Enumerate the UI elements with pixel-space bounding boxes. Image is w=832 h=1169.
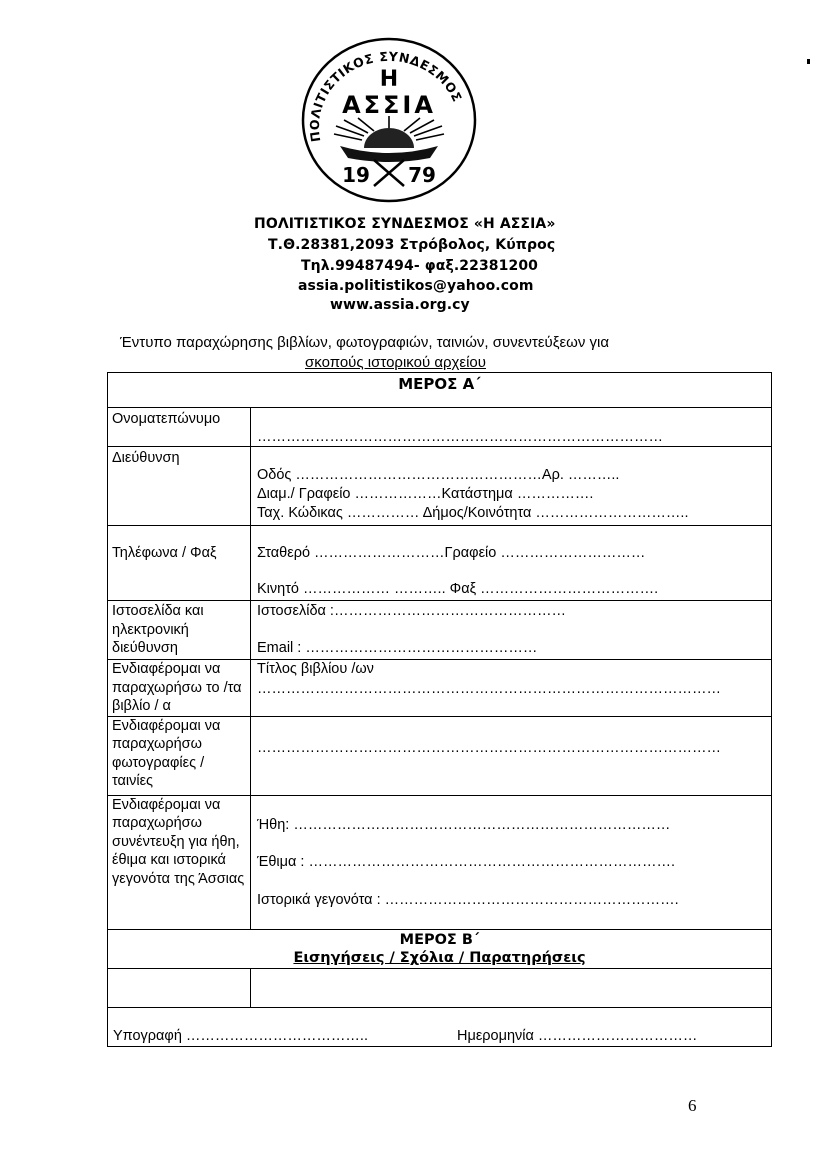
apartment-field[interactable]: Διαμ./ Γραφείο ………………Κατάστημα ……………. (251, 485, 771, 503)
part-a-title: ΜΕΡΟΣ Α΄ (108, 373, 771, 393)
row-phones: Τηλέφωνα / Φαξ Σταθερό ………………………Γραφείο … (108, 526, 772, 601)
logo-year-right: 79 (408, 163, 436, 187)
row-photos: Ενδιαφέρομαι να παραχωρήσω φωτογραφίες /… (108, 716, 772, 795)
postal-code-field[interactable]: Ταχ. Κώδικας …………… Δήμος/Κοινότητα ……………… (251, 504, 771, 522)
photos-field[interactable]: …………………………………………………………………………………… (251, 739, 771, 757)
part-b-subtitle: Εισηγήσεις / Σχόλια / Παρατηρήσεις (108, 949, 771, 967)
label-interview: Ενδιαφέρομαι να παραχωρήσω συνέντευξη γι… (108, 796, 250, 889)
book-title-field[interactable]: …………………………………………………………………………………… (251, 680, 771, 698)
traditions-field[interactable]: Έθιμα : …………………………………………………………………. (251, 853, 771, 871)
label-website-email: Ιστοσελίδα και ηλεκτρονική διεύθυνση (108, 601, 250, 658)
row-comments (108, 968, 772, 1007)
wheat-icon (340, 146, 438, 162)
row-signature: Υπογραφή ……………………………….. Ημερομηνία ……………… (108, 1007, 772, 1046)
label-address: Διεύθυνση (108, 447, 250, 468)
label-phones: Τηλέφωνα / Φαξ (108, 526, 250, 563)
label-full-name: Ονοματεπώνυμο (108, 408, 250, 429)
org-phone: Τηλ.99487494- φαξ.22381200 (301, 258, 538, 274)
date-field[interactable]: Ημερομηνία …………………………… (451, 1027, 771, 1045)
org-name: ΠΟΛΙΤΙΣΤΙΚΟΣ ΣΥΝΔΕΣΜΟΣ «Η ΑΣΣΙΑ» (254, 216, 555, 232)
part-b-header-row: ΜΕΡΟΣ Β΄ Εισηγήσεις / Σχόλια / Παρατηρήσ… (108, 929, 772, 968)
book-title-label: Τίτλος βιβλίου /ων (251, 660, 771, 678)
row-interview: Ενδιαφέρομαι να παραχωρήσω συνέντευξη γι… (108, 795, 772, 929)
sun-icon (364, 128, 414, 148)
org-email[interactable]: assia.politistikos@yahoo.com (298, 278, 534, 294)
page-number: 6 (688, 1096, 697, 1116)
association-logo: ΠΟΛΙΤΙΣΤΙΚΟΣ ΣΥΝΔΕΣΜΟΣ Η ΑΣΣΙΑ 19 79 (300, 36, 478, 204)
landline-field[interactable]: Σταθερό ………………………Γραφείο ………………………… (251, 544, 771, 562)
logo-year-left: 19 (342, 163, 370, 187)
org-address: Τ.Θ.28381,2093 Στρόβολος, Κύπρος (268, 237, 555, 253)
form-description: Έντυπο παραχώρησης βιβλίων, φωτογραφιών,… (120, 334, 609, 351)
part-b-title: ΜΕΡΟΣ Β΄ (108, 930, 771, 949)
customs-field[interactable]: Ήθη: …………………………………………………………………… (251, 816, 771, 834)
website-field[interactable]: Ιστοσελίδα :………………………………………… (251, 602, 771, 620)
form-description-line2: σκοπούς ιστορικού αρχείου (305, 354, 486, 371)
row-books: Ενδιαφέρομαι να παραχωρήσω το /τα βιβλίο… (108, 660, 772, 717)
full-name-dots[interactable]: ………………………………………………………………………… (251, 428, 771, 446)
donation-form-table: ΜΕΡΟΣ Α΄ Ονοματεπώνυμο ……………………………………………… (107, 372, 772, 1047)
part-a-header-row: ΜΕΡΟΣ Α΄ (108, 373, 772, 408)
full-name-field[interactable]: ………………………………………………………………………… (251, 408, 772, 447)
mobile-field[interactable]: Κινητό ……………… ……….. Φαξ ………………………………. (251, 580, 771, 598)
org-website[interactable]: www.assia.org.cy (330, 297, 470, 313)
label-photos: Ενδιαφέρομαι να παραχωρήσω φωτογραφίες /… (108, 717, 250, 791)
email-field[interactable]: Email : ………………………………………… (251, 639, 771, 657)
scan-speck (807, 59, 810, 64)
comments-label-cell (108, 968, 251, 1007)
logo-line2: ΑΣΣΙΑ (342, 91, 436, 119)
comments-field[interactable] (251, 968, 772, 1007)
row-full-name: Ονοματεπώνυμο ……………………………………………………………………… (108, 408, 772, 447)
street-field[interactable]: Οδός ……………………………………………Αρ. ……….. (251, 466, 771, 484)
row-website-email: Ιστοσελίδα και ηλεκτρονική διεύθυνση Ιστ… (108, 601, 772, 660)
historical-events-field[interactable]: Ιστορικά γεγονότα : ……………………………………………………… (251, 891, 771, 909)
logo-line1: Η (380, 67, 398, 92)
label-books: Ενδιαφέρομαι να παραχωρήσω το /τα βιβλίο… (108, 660, 250, 716)
row-address: Διεύθυνση Οδός ……………………………………………Αρ. ……….… (108, 447, 772, 526)
